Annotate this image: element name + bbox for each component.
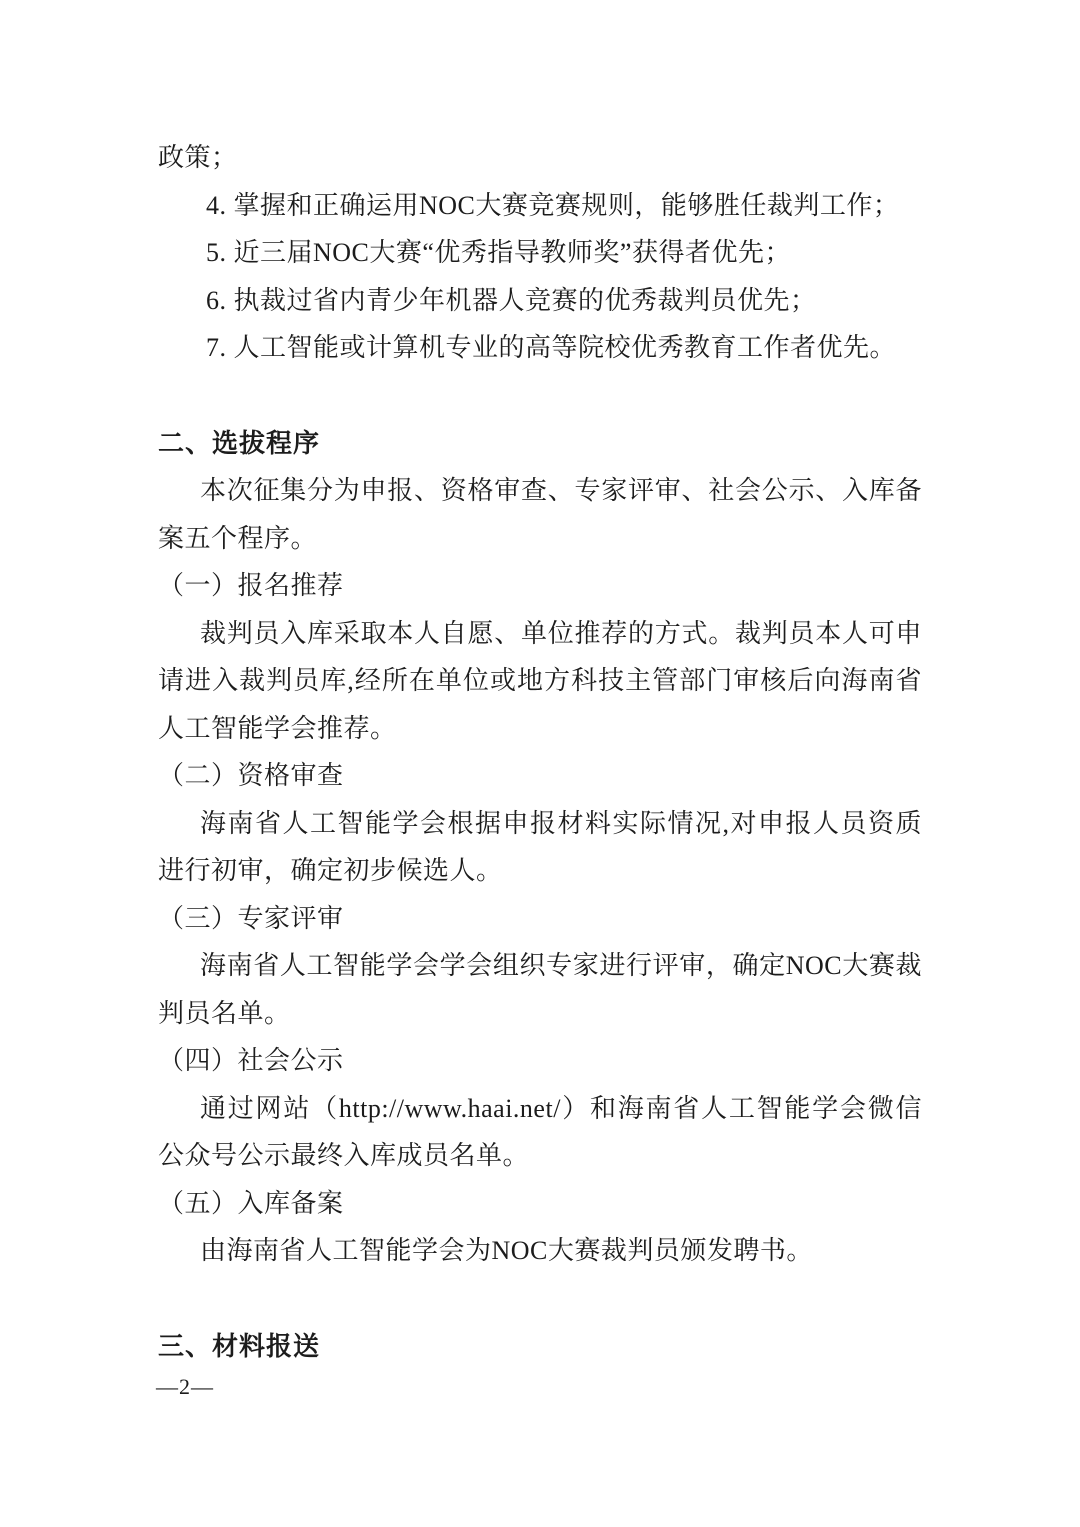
list-item-7: 7. 人工智能或计算机专业的高等院校优秀教育工作者优先。 — [158, 324, 922, 372]
paragraph-registration: 裁判员入库采取本人自愿、单位推荐的方式。裁判员本人可申请进入裁判员库,经所在单位… — [158, 610, 922, 753]
section-heading-materials: 三、材料报送 — [158, 1323, 922, 1371]
page-number: —2— — [156, 1372, 214, 1402]
paragraph-tail-policy: 政策； — [158, 134, 922, 182]
subheading-registration: （一）报名推荐 — [158, 562, 922, 610]
paragraph-five-procedures: 本次征集分为申报、资格审查、专家评审、社会公示、入库备案五个程序。 — [158, 467, 922, 562]
list-item-4: 4. 掌握和正确运用NOC大赛竞赛规则，能够胜任裁判工作； — [158, 182, 922, 230]
paragraph-record-filing: 由海南省人工智能学会为NOC大赛裁判员颁发聘书。 — [158, 1227, 922, 1275]
section-heading-selection: 二、选拔程序 — [158, 420, 922, 468]
subheading-qualification: （二）资格审查 — [158, 752, 922, 800]
paragraph-qualification: 海南省人工智能学会根据申报材料实际情况,对申报人员资质进行初审，确定初步候选人。 — [158, 800, 922, 895]
document-page: 政策； 4. 掌握和正确运用NOC大赛竞赛规则，能够胜任裁判工作； 5. 近三届… — [0, 0, 1080, 1527]
subheading-expert-review: （三）专家评审 — [158, 895, 922, 943]
subheading-public-notice: （四）社会公示 — [158, 1037, 922, 1085]
document-body: 政策； 4. 掌握和正确运用NOC大赛竞赛规则，能够胜任裁判工作； 5. 近三届… — [158, 0, 922, 1370]
paragraph-public-notice: 通过网站（http://www.haai.net/）和海南省人工智能学会微信公众… — [158, 1085, 922, 1180]
subheading-record-filing: （五）入库备案 — [158, 1180, 922, 1228]
list-item-6: 6. 执裁过省内青少年机器人竞赛的优秀裁判员优先； — [158, 277, 922, 325]
list-item-5: 5. 近三届NOC大赛“优秀指导教师奖”获得者优先； — [158, 229, 922, 277]
paragraph-expert-review: 海南省人工智能学会学会组织专家进行评审，确定NOC大赛裁判员名单。 — [158, 942, 922, 1037]
